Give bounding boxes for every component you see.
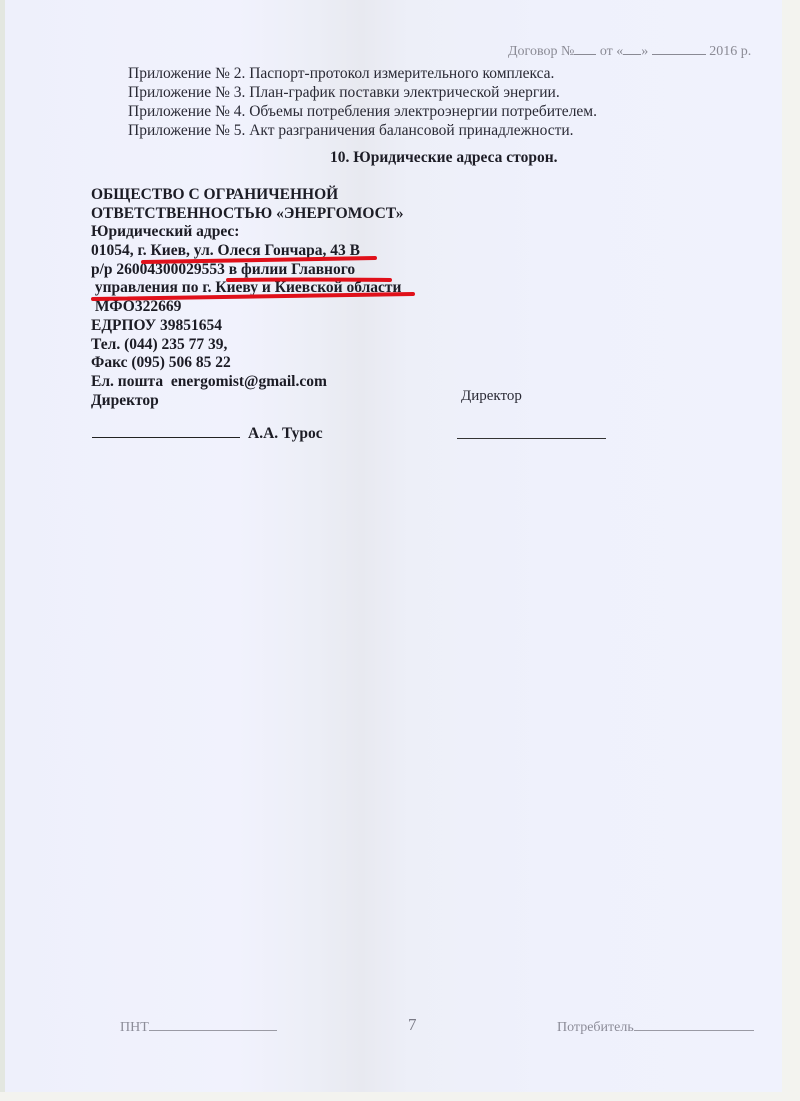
scan-edge-right	[782, 0, 800, 1101]
contract-number-blank	[574, 42, 596, 55]
contract-day-blank	[623, 42, 641, 55]
company-edrpou: ЕДРПОУ 39851654	[91, 317, 404, 336]
contract-header: Договор № от «» 2016 р.	[508, 42, 751, 60]
company-phone: Тел. (044) 235 77 39,	[91, 336, 404, 355]
footer-right-line	[634, 1018, 754, 1031]
contract-number-label: Договор №	[508, 44, 574, 59]
annex-item: Приложение № 3. План-график поставки эле…	[128, 83, 597, 102]
annex-item: Приложение № 4. Объемы потребления элект…	[128, 102, 597, 121]
scan-edge-bottom	[0, 1092, 800, 1101]
annex-list: Приложение № 2. Паспорт-протокол измерит…	[128, 64, 597, 140]
director-name: А.А. Турос	[248, 425, 323, 442]
page-number: 7	[408, 1015, 417, 1035]
footer-right: Потребитель	[557, 1018, 754, 1036]
company-address: 01054, г. Киев, ул. Олеся Гончара, 43 В	[91, 242, 404, 261]
company-name-line2: ОТВЕТСТВЕННОСТЬЮ «ЭНЕРГОМОСТ»	[91, 205, 404, 224]
quote-close: »	[641, 44, 648, 59]
company-director-label: Директор	[91, 392, 404, 411]
scan-edge-left	[0, 0, 5, 1092]
footer-left-line	[149, 1018, 277, 1031]
company-signature: А.А. Турос	[92, 425, 323, 443]
company-bank: управления по г. Киеву и Киевской област…	[91, 279, 404, 298]
company-details: ОБЩЕСТВО С ОГРАНИЧЕННОЙ ОТВЕТСТВЕННОСТЬЮ…	[91, 186, 404, 410]
company-name-line1: ОБЩЕСТВО С ОГРАНИЧЕННОЙ	[91, 186, 404, 205]
section-title: 10. Юридические адреса сторон.	[330, 149, 558, 167]
footer-left-label: ПНТ	[120, 1020, 149, 1035]
legal-address-label: Юридический адрес:	[91, 223, 404, 242]
footer-right-label: Потребитель	[557, 1020, 634, 1035]
annex-item: Приложение № 5. Акт разграничения баланс…	[128, 121, 597, 140]
signature-line	[92, 425, 240, 438]
annex-item: Приложение № 2. Паспорт-протокол измерит…	[128, 64, 597, 83]
company-account: р/р 26004300029553 в филии Главного	[91, 261, 404, 280]
contract-month-blank	[652, 42, 706, 55]
counterparty-signature-line	[457, 438, 606, 439]
company-fax: Факс (095) 506 85 22	[91, 354, 404, 373]
counterparty-director-label: Директор	[461, 388, 522, 405]
contract-year: 2016 р.	[709, 44, 751, 59]
company-email: Ел. пошта energomist@gmail.com	[91, 373, 404, 392]
company-mfo: МФО322669	[91, 298, 404, 317]
contract-date-label: от «	[600, 44, 623, 59]
footer-left: ПНТ	[120, 1018, 277, 1036]
